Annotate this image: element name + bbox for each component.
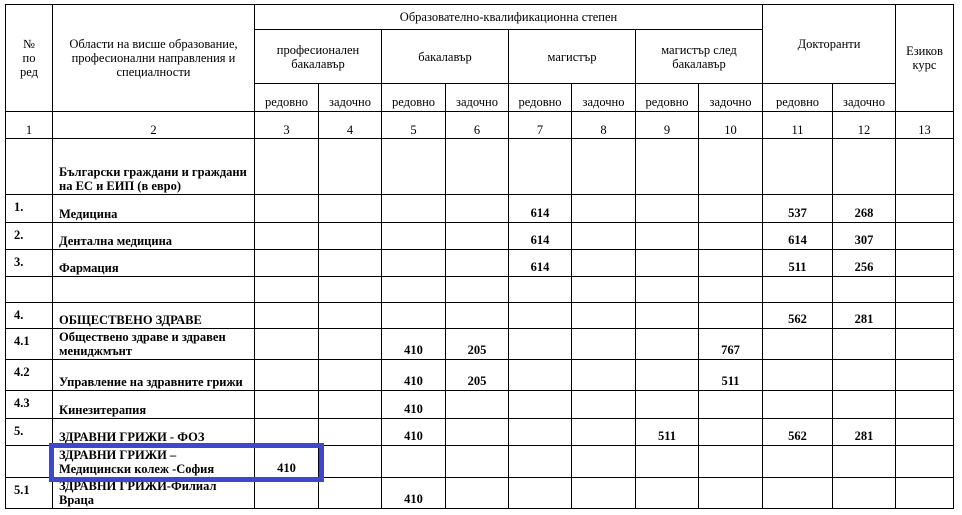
fee-cell [896, 250, 954, 277]
fee-cell [572, 223, 636, 250]
fee-cell [699, 223, 763, 250]
fee-cell [319, 446, 382, 478]
header-degree-prof-bachelor: професионален бакалавър [255, 30, 382, 84]
table-row: ЗДРАВНИ ГРИЖИ – Медицински колеж -София4… [6, 446, 954, 478]
row-name: Фармация [53, 250, 255, 277]
fee-cell [572, 446, 636, 478]
fee-cell [319, 329, 382, 360]
header-part-time: задочно [833, 84, 896, 112]
fee-cell [509, 329, 572, 360]
row-name: Кинезитерапия [53, 391, 255, 419]
row-name: ЗДРАВНИ ГРИЖИ-Филиал Враца [53, 478, 255, 509]
fee-cell [636, 277, 699, 303]
row-number: 4. [6, 303, 53, 329]
fee-cell [833, 277, 896, 303]
fee-cell [699, 419, 763, 446]
fee-cell: 537 [763, 195, 833, 223]
column-number: 13 [896, 112, 954, 139]
fee-cell [446, 446, 509, 478]
fee-cell: 205 [446, 329, 509, 360]
fee-cell [763, 446, 833, 478]
fee-cell [896, 139, 954, 195]
fee-cell [896, 223, 954, 250]
fee-cell [446, 391, 509, 419]
fee-cell [319, 303, 382, 329]
fee-cell [255, 360, 319, 391]
fee-cell [382, 303, 446, 329]
row-number: 3. [6, 250, 53, 277]
fee-cell [699, 446, 763, 478]
fee-cell [255, 391, 319, 419]
row-number [6, 446, 53, 478]
fee-cell [572, 360, 636, 391]
row-number: 1. [6, 195, 53, 223]
column-number: 1 [6, 112, 53, 139]
row-number [6, 139, 53, 195]
fee-cell [896, 360, 954, 391]
fee-cell: 614 [509, 223, 572, 250]
fee-cell [833, 391, 896, 419]
column-number: 3 [255, 112, 319, 139]
fee-cell [382, 223, 446, 250]
fee-cell [509, 446, 572, 478]
fee-cell [896, 277, 954, 303]
table-row: 4.3Кинезитерапия410 [6, 391, 954, 419]
header-part-time: задочно [446, 84, 509, 112]
column-number: 10 [699, 112, 763, 139]
fee-cell [572, 303, 636, 329]
fee-cell: 268 [833, 195, 896, 223]
fee-cell [382, 250, 446, 277]
fee-cell [763, 277, 833, 303]
header-part-time: задочно [572, 84, 636, 112]
column-number: 4 [319, 112, 382, 139]
fee-cell [319, 478, 382, 509]
fee-cell: 511 [699, 360, 763, 391]
fee-cell [255, 277, 319, 303]
row-number: 2. [6, 223, 53, 250]
fee-cell [833, 360, 896, 391]
fee-cell: 410 [255, 446, 319, 478]
fee-cell [896, 446, 954, 478]
fee-cell: 410 [382, 391, 446, 419]
fee-cell [509, 360, 572, 391]
fee-cell [636, 478, 699, 509]
fee-cell [699, 391, 763, 419]
fee-cell: 511 [636, 419, 699, 446]
fee-cell [255, 250, 319, 277]
fee-cell [319, 195, 382, 223]
fee-cell [319, 419, 382, 446]
header-row-no: № по ред [6, 5, 53, 112]
fee-cell [572, 195, 636, 223]
fee-cell: 562 [763, 419, 833, 446]
fee-cell [896, 391, 954, 419]
row-number: 4.3 [6, 391, 53, 419]
header-full-time: редовно [255, 84, 319, 112]
fee-cell [382, 277, 446, 303]
fee-cell [896, 419, 954, 446]
fee-cell [509, 419, 572, 446]
fee-cell [572, 329, 636, 360]
fee-cell [896, 329, 954, 360]
fee-cell [699, 139, 763, 195]
fee-cell [509, 391, 572, 419]
fee-cell [255, 195, 319, 223]
fee-cell [896, 195, 954, 223]
row-name: Обществено здраве и здравен мениджмънт [53, 329, 255, 360]
fee-cell: 614 [509, 250, 572, 277]
row-name: ЗДРАВНИ ГРИЖИ - ФОЗ [53, 419, 255, 446]
column-number: 6 [446, 112, 509, 139]
fee-cell [636, 223, 699, 250]
column-number: 2 [53, 112, 255, 139]
fee-cell: 410 [382, 419, 446, 446]
fee-cell [509, 277, 572, 303]
fee-cell: 767 [699, 329, 763, 360]
table-row: 1.Медицина614537268 [6, 195, 954, 223]
fee-cell: 205 [446, 360, 509, 391]
fee-cell [699, 478, 763, 509]
header-full-time: редовно [382, 84, 446, 112]
fee-cell: 410 [382, 360, 446, 391]
fee-cell: 614 [509, 195, 572, 223]
row-name: Дентална медицина [53, 223, 255, 250]
fee-cell [699, 303, 763, 329]
fee-cell [636, 329, 699, 360]
table-row: 2.Дентална медицина614614307 [6, 223, 954, 250]
fee-cell: 511 [763, 250, 833, 277]
fee-cell [833, 446, 896, 478]
table-row: 5.ЗДРАВНИ ГРИЖИ - ФОЗ410511562281 [6, 419, 954, 446]
fee-cell: 410 [382, 478, 446, 509]
header-part-time: задочно [699, 84, 763, 112]
row-name: ЗДРАВНИ ГРИЖИ – Медицински колеж -София [53, 446, 255, 478]
fee-cell [446, 250, 509, 277]
table-row: 5.1ЗДРАВНИ ГРИЖИ-Филиал Враца410 [6, 478, 954, 509]
row-number: 4.2 [6, 360, 53, 391]
row-number: 4.1 [6, 329, 53, 360]
row-number: 5.1 [6, 478, 53, 509]
fee-cell [572, 277, 636, 303]
row-number [6, 277, 53, 303]
table-row [6, 277, 954, 303]
fee-cell: 281 [833, 419, 896, 446]
row-name: Медицина [53, 195, 255, 223]
header-degree-bachelor: бакалавър [382, 30, 509, 84]
fee-cell [319, 250, 382, 277]
fee-cell [699, 195, 763, 223]
fees-table: № по ред Области на висше образование, п… [5, 4, 954, 509]
fee-cell: 614 [763, 223, 833, 250]
fee-cell [833, 139, 896, 195]
fee-cell [572, 478, 636, 509]
fee-cell [572, 250, 636, 277]
header-part-time: задочно [319, 84, 382, 112]
fee-cell [446, 223, 509, 250]
fee-cell [763, 478, 833, 509]
column-number: 8 [572, 112, 636, 139]
table-row: Български граждани и граждани на ЕС и ЕИ… [6, 139, 954, 195]
fee-cell [382, 139, 446, 195]
row-name: Български граждани и граждани на ЕС и ЕИ… [53, 139, 255, 195]
fee-cell [763, 139, 833, 195]
fee-cell [255, 329, 319, 360]
header-areas: Области на висше образование, професиона… [53, 5, 255, 112]
fee-cell [636, 391, 699, 419]
fee-cell [382, 195, 446, 223]
column-number: 11 [763, 112, 833, 139]
fee-cell [446, 303, 509, 329]
header-doctoral: Докторанти [763, 5, 896, 84]
fee-cell [699, 277, 763, 303]
fee-cell [319, 139, 382, 195]
fee-cell [319, 360, 382, 391]
row-name: Управление на здравните грижи [53, 360, 255, 391]
fee-cell [763, 360, 833, 391]
fee-cell [763, 329, 833, 360]
fee-cell [636, 446, 699, 478]
fee-cell [255, 139, 319, 195]
fee-cell [572, 419, 636, 446]
fee-cell [446, 139, 509, 195]
fee-cell [509, 139, 572, 195]
fee-cell [382, 446, 446, 478]
fee-cell [446, 478, 509, 509]
fee-cell [255, 303, 319, 329]
fee-cell [636, 139, 699, 195]
fee-cell: 410 [382, 329, 446, 360]
header-full-time: редовно [763, 84, 833, 112]
header-language-course: Езиков курс [896, 5, 954, 112]
fee-cell [636, 360, 699, 391]
column-number: 7 [509, 112, 572, 139]
fee-cell [763, 391, 833, 419]
column-number: 5 [382, 112, 446, 139]
column-number: 9 [636, 112, 699, 139]
fee-cell [509, 478, 572, 509]
table-row: 4.ОБЩЕСТВЕНО ЗДРАВЕ562281 [6, 303, 954, 329]
row-name: ОБЩЕСТВЕНО ЗДРАВЕ [53, 303, 255, 329]
fee-cell [896, 478, 954, 509]
header-full-time: редовно [636, 84, 699, 112]
row-name [53, 277, 255, 303]
fee-cell [636, 303, 699, 329]
fee-cell [255, 419, 319, 446]
row-number: 5. [6, 419, 53, 446]
header-degree-master-after-bachelor: магистър след бакалавър [636, 30, 763, 84]
header-degree-master: магистър [509, 30, 636, 84]
column-number: 12 [833, 112, 896, 139]
fee-cell [319, 391, 382, 419]
fee-cell [833, 478, 896, 509]
fee-cell [255, 223, 319, 250]
fee-cell [319, 277, 382, 303]
header-full-time: редовно [509, 84, 572, 112]
fee-cell: 256 [833, 250, 896, 277]
fee-cell [446, 419, 509, 446]
fee-cell [572, 139, 636, 195]
fee-cell [896, 303, 954, 329]
fee-cell [636, 250, 699, 277]
fee-cell [636, 195, 699, 223]
table-row: 3.Фармация614511256 [6, 250, 954, 277]
fee-cell [699, 250, 763, 277]
fee-cell: 562 [763, 303, 833, 329]
fee-cell: 307 [833, 223, 896, 250]
fee-cell [833, 329, 896, 360]
fee-cell [255, 478, 319, 509]
table-row: 4.2Управление на здравните грижи41020551… [6, 360, 954, 391]
fee-cell [572, 391, 636, 419]
fee-cell [446, 195, 509, 223]
fee-cell [509, 303, 572, 329]
fee-cell [319, 223, 382, 250]
header-degree-group: Образователно-квалификационна степен [255, 5, 763, 30]
fee-cell [446, 277, 509, 303]
fee-cell: 281 [833, 303, 896, 329]
table-row: 4.1Обществено здраве и здравен мениджмън… [6, 329, 954, 360]
